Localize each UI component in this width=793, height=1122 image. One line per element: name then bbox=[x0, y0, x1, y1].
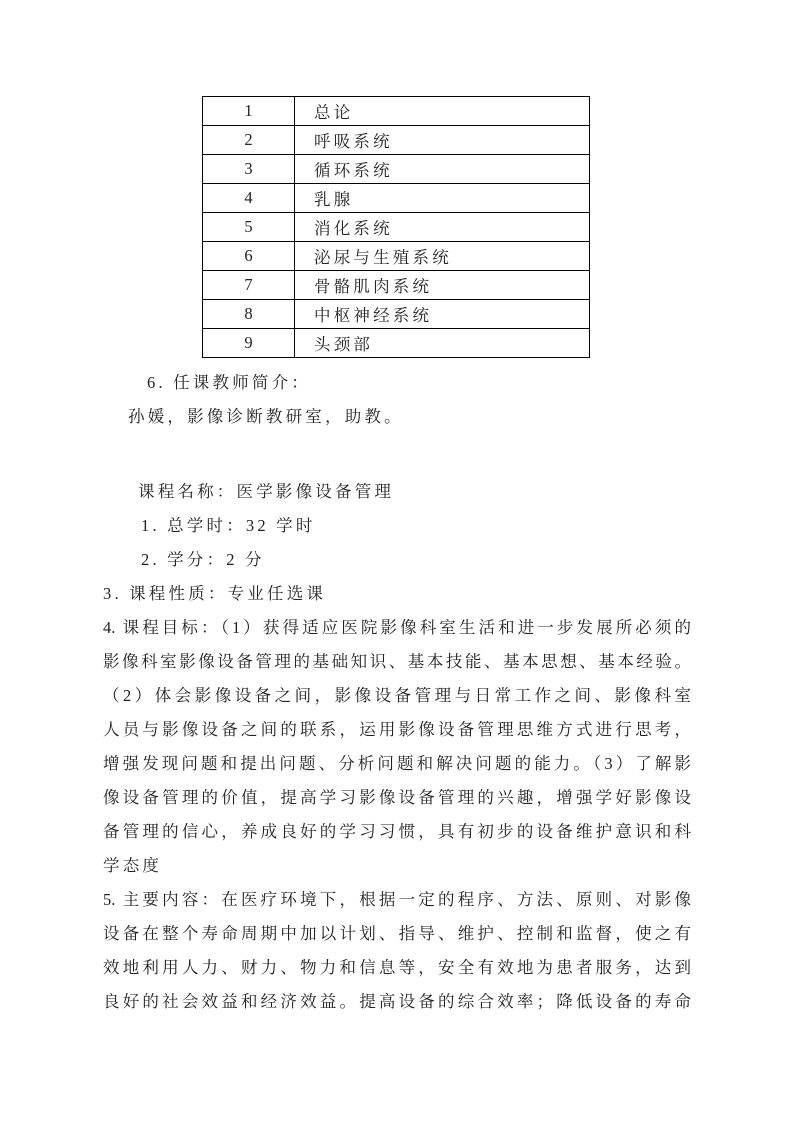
chapter-topic: 头颈部 bbox=[295, 329, 590, 358]
table-row: 5消化系统 bbox=[203, 213, 590, 242]
chapter-number: 2 bbox=[203, 126, 295, 155]
text-line: （2）体会影像设备之间，影像设备管理与日常工作之间、影像科室 bbox=[103, 679, 691, 713]
text-line: 像设备管理的价值，提高学习影像设备管理的兴趣，增强学好影像设 bbox=[103, 781, 691, 815]
document-page: 1总论2呼吸系统3循环系统4乳腺5消化系统6泌尿与生殖系统7骨骼肌肉系统8中枢神… bbox=[0, 0, 793, 1122]
course-type-line: 3. 课程性质：专业任选课 bbox=[103, 577, 691, 611]
course-outline-table: 1总论2呼吸系统3循环系统4乳腺5消化系统6泌尿与生殖系统7骨骼肌肉系统8中枢神… bbox=[202, 96, 590, 358]
text-line: 备管理的信心，养成良好的学习习惯，具有初步的设备维护意识和科 bbox=[103, 815, 691, 849]
chapter-number: 3 bbox=[203, 155, 295, 184]
chapter-topic: 消化系统 bbox=[295, 213, 590, 242]
table-row: 2呼吸系统 bbox=[203, 126, 590, 155]
text-line: 设备在整个寿命周期中加以计划、指导、维护、控制和监督，使之有 bbox=[103, 917, 691, 951]
text-line: 学态度 bbox=[103, 849, 691, 883]
table-row: 9头颈部 bbox=[203, 329, 590, 358]
text-line: 效地利用人力、财力、物力和信息等，安全有效地为患者服务，达到 bbox=[103, 951, 691, 985]
teacher-intro-heading: 6. 任课教师简介： bbox=[103, 366, 691, 400]
text-line: 增强发现问题和提出问题、分析问题和解决问题的能力。（3）了解影 bbox=[103, 747, 691, 781]
text-line: 良好的社会效益和经济效益。提高设备的综合效率；降低设备的寿命 bbox=[103, 985, 691, 1019]
chapter-number: 5 bbox=[203, 213, 295, 242]
text-line: 4. 课程目标：（1）获得适应医院影像科室生活和进一步发展所必须的 bbox=[103, 611, 691, 645]
document-body: 6. 任课教师简介： 孙媛，影像诊断教研室，助教。 课程名称：医学影像设备管理 … bbox=[103, 366, 691, 1019]
chapter-topic: 骨骼肌肉系统 bbox=[295, 271, 590, 300]
text-line: 5. 主要内容：在医疗环境下，根据一定的程序、方法、原则、对影像 bbox=[103, 883, 691, 917]
chapter-number: 4 bbox=[203, 184, 295, 213]
total-hours-line: 1. 总学时：32 学时 bbox=[103, 509, 691, 543]
chapter-topic: 中枢神经系统 bbox=[295, 300, 590, 329]
chapter-number: 6 bbox=[203, 242, 295, 271]
course-outline-rows: 1总论2呼吸系统3循环系统4乳腺5消化系统6泌尿与生殖系统7骨骼肌肉系统8中枢神… bbox=[203, 97, 590, 358]
table-row: 3循环系统 bbox=[203, 155, 590, 184]
teacher-intro-text: 孙媛，影像诊断教研室，助教。 bbox=[103, 400, 691, 434]
chapter-topic: 总论 bbox=[295, 97, 590, 126]
main-content-paragraph: 5. 主要内容：在医疗环境下，根据一定的程序、方法、原则、对影像设备在整个寿命周… bbox=[103, 883, 691, 1019]
text-line: 影像科室影像设备管理的基础知识、基本技能、基本思想、基本经验。 bbox=[103, 645, 691, 679]
credits-line: 2. 学分：2 分 bbox=[103, 543, 691, 577]
course-name-line: 课程名称：医学影像设备管理 bbox=[103, 475, 691, 509]
chapter-number: 8 bbox=[203, 300, 295, 329]
table-row: 4乳腺 bbox=[203, 184, 590, 213]
chapter-topic: 循环系统 bbox=[295, 155, 590, 184]
chapter-topic: 呼吸系统 bbox=[295, 126, 590, 155]
table-row: 8中枢神经系统 bbox=[203, 300, 590, 329]
text-line: 人员与影像设备之间的联系，运用影像设备管理思维方式进行思考， bbox=[103, 713, 691, 747]
table-row: 6泌尿与生殖系统 bbox=[203, 242, 590, 271]
chapter-topic: 泌尿与生殖系统 bbox=[295, 242, 590, 271]
blank-space bbox=[103, 434, 691, 475]
chapter-number: 1 bbox=[203, 97, 295, 126]
course-objectives-paragraph: 4. 课程目标：（1）获得适应医院影像科室生活和进一步发展所必须的影像科室影像设… bbox=[103, 611, 691, 883]
table-row: 7骨骼肌肉系统 bbox=[203, 271, 590, 300]
table-row: 1总论 bbox=[203, 97, 590, 126]
chapter-topic: 乳腺 bbox=[295, 184, 590, 213]
chapter-number: 9 bbox=[203, 329, 295, 358]
chapter-number: 7 bbox=[203, 271, 295, 300]
